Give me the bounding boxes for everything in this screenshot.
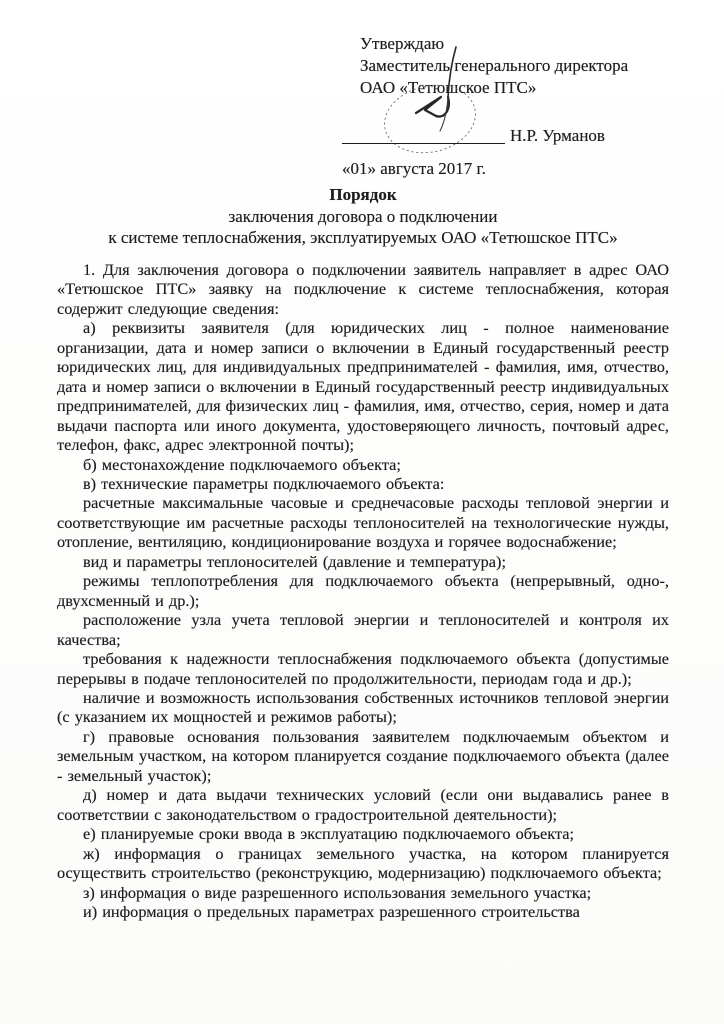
approver-position: Заместитель генерального директора bbox=[360, 55, 680, 77]
title-line-1: Порядок bbox=[57, 184, 669, 206]
body-paragraph: наличие и возможность использования собс… bbox=[57, 688, 669, 727]
body-paragraph: ж) информация о границах земельного учас… bbox=[57, 844, 669, 883]
signatory-name: Н.Р. Урманов bbox=[510, 125, 605, 147]
signature-line bbox=[342, 143, 505, 144]
body-paragraph: требования к надежности теплоснабжения п… bbox=[57, 649, 669, 688]
body-paragraph: вид и параметры теплоносителей (давление… bbox=[57, 552, 669, 571]
title-line-2: заключения договора о подключении bbox=[57, 206, 669, 228]
approval-date: «01» августа 2017 г. bbox=[342, 158, 680, 180]
body-paragraph: 1. Для заключения договора о подключении… bbox=[57, 260, 669, 318]
body-paragraph: а) реквизиты заявителя (для юридических … bbox=[57, 318, 669, 454]
body-paragraph: режимы теплопотребления для подключаемог… bbox=[57, 571, 669, 610]
body-paragraph: з) информация о виде разрешенного исполь… bbox=[57, 883, 669, 902]
approval-block: Утверждаю Заместитель генерального дирек… bbox=[360, 33, 680, 180]
title-line-3: к системе теплоснабжения, эксплуатируемы… bbox=[57, 227, 669, 249]
body-paragraph: д) номер и дата выдачи технических услов… bbox=[57, 785, 669, 824]
body-paragraph: и) информация о предельных параметрах ра… bbox=[57, 902, 669, 921]
body-paragraph: расчетные максимальные часовые и среднеч… bbox=[57, 493, 669, 551]
document-title: Порядок заключения договора о подключени… bbox=[57, 184, 669, 249]
document-body: 1. Для заключения договора о подключении… bbox=[57, 260, 669, 921]
body-paragraph: б) местонахождение подключаемого объекта… bbox=[57, 455, 669, 474]
approver-company: ОАО «Тетюшское ПТС» bbox=[360, 77, 680, 99]
body-paragraph: в) технические параметры подключаемого о… bbox=[57, 474, 669, 493]
body-paragraph: расположение узла учета тепловой энергии… bbox=[57, 610, 669, 649]
document-page: Утверждаю Заместитель генерального дирек… bbox=[0, 0, 724, 1024]
signature-area: Н.Р. Урманов bbox=[360, 99, 680, 155]
approval-word: Утверждаю bbox=[360, 33, 680, 55]
body-paragraph: е) планируемые сроки ввода в эксплуатаци… bbox=[57, 824, 669, 843]
body-paragraph: г) правовые основания пользования заявит… bbox=[57, 727, 669, 785]
